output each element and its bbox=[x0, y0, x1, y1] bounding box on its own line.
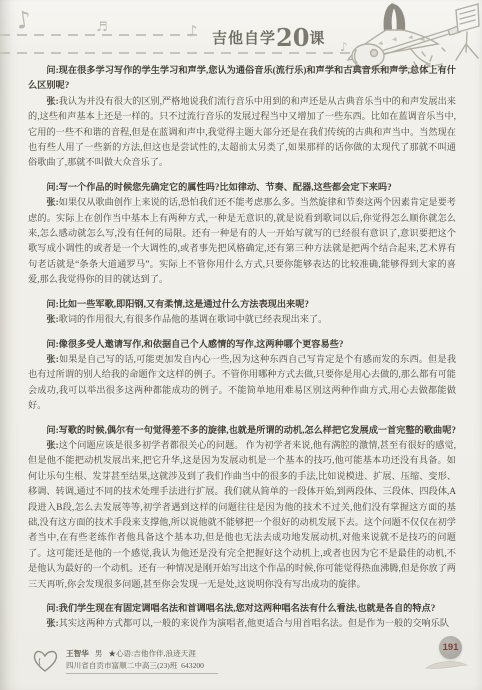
footer-line-1: 王智华男★心语:吉他作伴,浪迹天涯 bbox=[66, 648, 204, 660]
page-number-area: 191 bbox=[424, 636, 468, 672]
answer-paragraph: 张:如果是自己写的话,可能更加发自内心一些,因为这种东西自己写肯定是个有感而发的… bbox=[28, 352, 456, 414]
reader-address: 四川省自贡市富顺二中高三(23)班 bbox=[66, 661, 177, 670]
swoosh-decoration bbox=[424, 658, 468, 672]
qa-block: 问:比如一些军歌,即阳钢,又有柔情,这是通过什么方法表现出来呢? 张:歌词的作用… bbox=[28, 297, 456, 328]
music-note-icon: ♪ bbox=[14, 5, 33, 35]
question-paragraph: 问:写歌的时候,偶尔有一句觉得差不多的旋律,也就是所谓的动机,怎么样把它发展成一… bbox=[28, 423, 456, 438]
footer-note: 王智华男★心语:吉他作伴,浪迹天涯 四川省自贡市富顺二中高三(23)班 6432… bbox=[30, 648, 218, 674]
heart-doodle-icon bbox=[30, 648, 60, 674]
question-text: 写歌的时候,偶尔有一句觉得差不多的旋律,也就是所谓的动机,怎么样把它发展成一首完… bbox=[59, 425, 456, 435]
book-page: ♪ ♬ ♪ ♪ 吉他自学20课 bbox=[0, 0, 482, 690]
qa-block: 问:现在很多学习写作的学生学习和声学,您认为通俗音乐(流行乐)和声学和古典音乐和… bbox=[28, 63, 456, 171]
question-paragraph: 问:比如一些军歌,即阳钢,又有柔情,这是通过什么方法表现出来呢? bbox=[28, 297, 456, 312]
answer-text: 如果是自己写的话,可能更加发自内心一些,因为这种东西自己写肯定是个有感而发的东西… bbox=[28, 354, 456, 410]
answer-label: 张: bbox=[46, 314, 58, 324]
answer-paragraph: 张:我认为并没有很大的区别,严格地说我们流行音乐中用到的和声还是从古典音乐当中的… bbox=[28, 94, 456, 171]
page-title-suffix: 课 bbox=[309, 31, 325, 47]
answer-paragraph: 张:歌词的作用很大,有很多作品他的基调在歌词中就已经表现出来了。 bbox=[28, 312, 456, 327]
question-label: 问: bbox=[46, 65, 58, 75]
page-title: 吉他自学20课 bbox=[212, 23, 325, 52]
answer-paragraph: 张:如果仅从歌曲创作上来说的话,恐怕我们还不能考虑那么多。当然旋律和节奏这两个因… bbox=[28, 195, 456, 287]
question-paragraph: 问:像很多受人邀请写作,和依据自己个人感情的写作,这两种哪个更容易些? bbox=[28, 337, 456, 352]
reader-motto: ★心语:吉他作伴,浪迹天涯 bbox=[108, 649, 196, 658]
question-text: 比如一些军歌,即阳钢,又有柔情,这是通过什么方法表现出来呢? bbox=[59, 299, 309, 309]
page-title-prefix: 吉他自学 bbox=[212, 31, 276, 47]
question-paragraph: 问:写一个作品的时候您先确定它的属性吗?比如律动、节奏、配器,这些都会定下来吗? bbox=[28, 180, 456, 195]
reader-name: 王智华 bbox=[66, 649, 89, 658]
qa-block: 问:写一个作品的时候您先确定它的属性吗?比如律动、节奏、配器,这些都会定下来吗?… bbox=[28, 180, 456, 288]
qa-block: 问:我们学生现在有固定调唱名法和首调唱名法,您对这两种唱名法有什么看法,也就是各… bbox=[28, 601, 456, 632]
question-text: 我们学生现在有固定调唱名法和首调唱名法,您对这两种唱名法有什么看法,也就是各自的… bbox=[59, 603, 436, 613]
answer-paragraph: 张:其实这两种方式都可以,一般的来说作为演唱者,他更适合与用首唱名法。但是作为一… bbox=[28, 616, 456, 631]
footer-line-2: 四川省自贡市富顺二中高三(23)班 643200 bbox=[66, 660, 204, 672]
question-label: 问: bbox=[46, 425, 58, 435]
question-text: 写一个作品的时候您先确定它的属性吗?比如律动、节奏、配器,这些都会定下来吗? bbox=[59, 182, 392, 192]
answer-label: 张: bbox=[46, 197, 58, 207]
music-note-icon: ♬ bbox=[96, 20, 108, 35]
footer-text: 王智华男★心语:吉他作伴,浪迹天涯 四川省自贡市富顺二中高三(23)班 6432… bbox=[66, 648, 218, 674]
question-paragraph: 问:我们学生现在有固定调唱名法和首调唱名法,您对这两种唱名法有什么看法,也就是各… bbox=[28, 601, 456, 616]
answer-label: 张: bbox=[46, 96, 58, 106]
answer-label: 张: bbox=[46, 354, 58, 364]
answer-text: 歌词的作用很大,有很多作品他的基调在歌词中就已经表现出来了。 bbox=[59, 314, 328, 324]
music-note-icon: ♪ bbox=[188, 22, 198, 40]
question-label: 问: bbox=[46, 603, 58, 613]
question-label: 问: bbox=[46, 299, 58, 309]
answer-text: 这个问题应该是很多初学者都很关心的问题。 作为初学者来说,他有满腔的激情,甚至有… bbox=[28, 440, 456, 589]
answer-text: 如果仅从歌曲创作上来说的话,恐怕我们还不能考虑那么多。当然旋律和节奏这两个因素肯… bbox=[28, 197, 456, 284]
reader-gender: 男 bbox=[95, 649, 103, 658]
answer-label: 张: bbox=[46, 618, 58, 628]
page-number-badge: 191 bbox=[439, 636, 462, 659]
question-label: 问: bbox=[46, 182, 58, 192]
qa-section: 问:现在很多学习写作的学生学习和声学,您认为通俗音乐(流行乐)和声学和古典音乐和… bbox=[28, 63, 456, 632]
question-paragraph: 问:现在很多学习写作的学生学习和声学,您认为通俗音乐(流行乐)和声学和古典音乐和… bbox=[28, 63, 456, 94]
answer-text: 其实这两种方式都可以,一般的来说作为演唱者,他更适合与用首唱名法。但是作为一般的… bbox=[59, 618, 449, 628]
question-text: 像很多受人邀请写作,和依据自己个人感情的写作,这两种哪个更容易些? bbox=[59, 339, 344, 349]
answer-text: 我认为并没有很大的区别,严格地说我们流行音乐中用到的和声还是从古典音乐当中的和声… bbox=[28, 96, 456, 168]
header-dashed-line bbox=[0, 52, 358, 54]
page-title-number: 20 bbox=[276, 23, 309, 52]
qa-block: 问:像很多受人邀请写作,和依据自己个人感情的写作,这两种哪个更容易些? 张:如果… bbox=[28, 337, 456, 414]
answer-label: 张: bbox=[46, 440, 58, 450]
reader-postal-code: 643200 bbox=[181, 661, 204, 670]
answer-paragraph: 张:这个问题应该是很多初学者都很关心的问题。 作为初学者来说,他有满腔的激情,甚… bbox=[28, 438, 456, 592]
question-label: 问: bbox=[46, 339, 58, 349]
qa-block: 问:写歌的时候,偶尔有一句觉得差不多的旋律,也就是所谓的动机,怎么样把它发展成一… bbox=[28, 423, 456, 592]
question-text: 现在很多学习写作的学生学习和声学,您认为通俗音乐(流行乐)和声学和古典音乐和声学… bbox=[28, 65, 456, 90]
